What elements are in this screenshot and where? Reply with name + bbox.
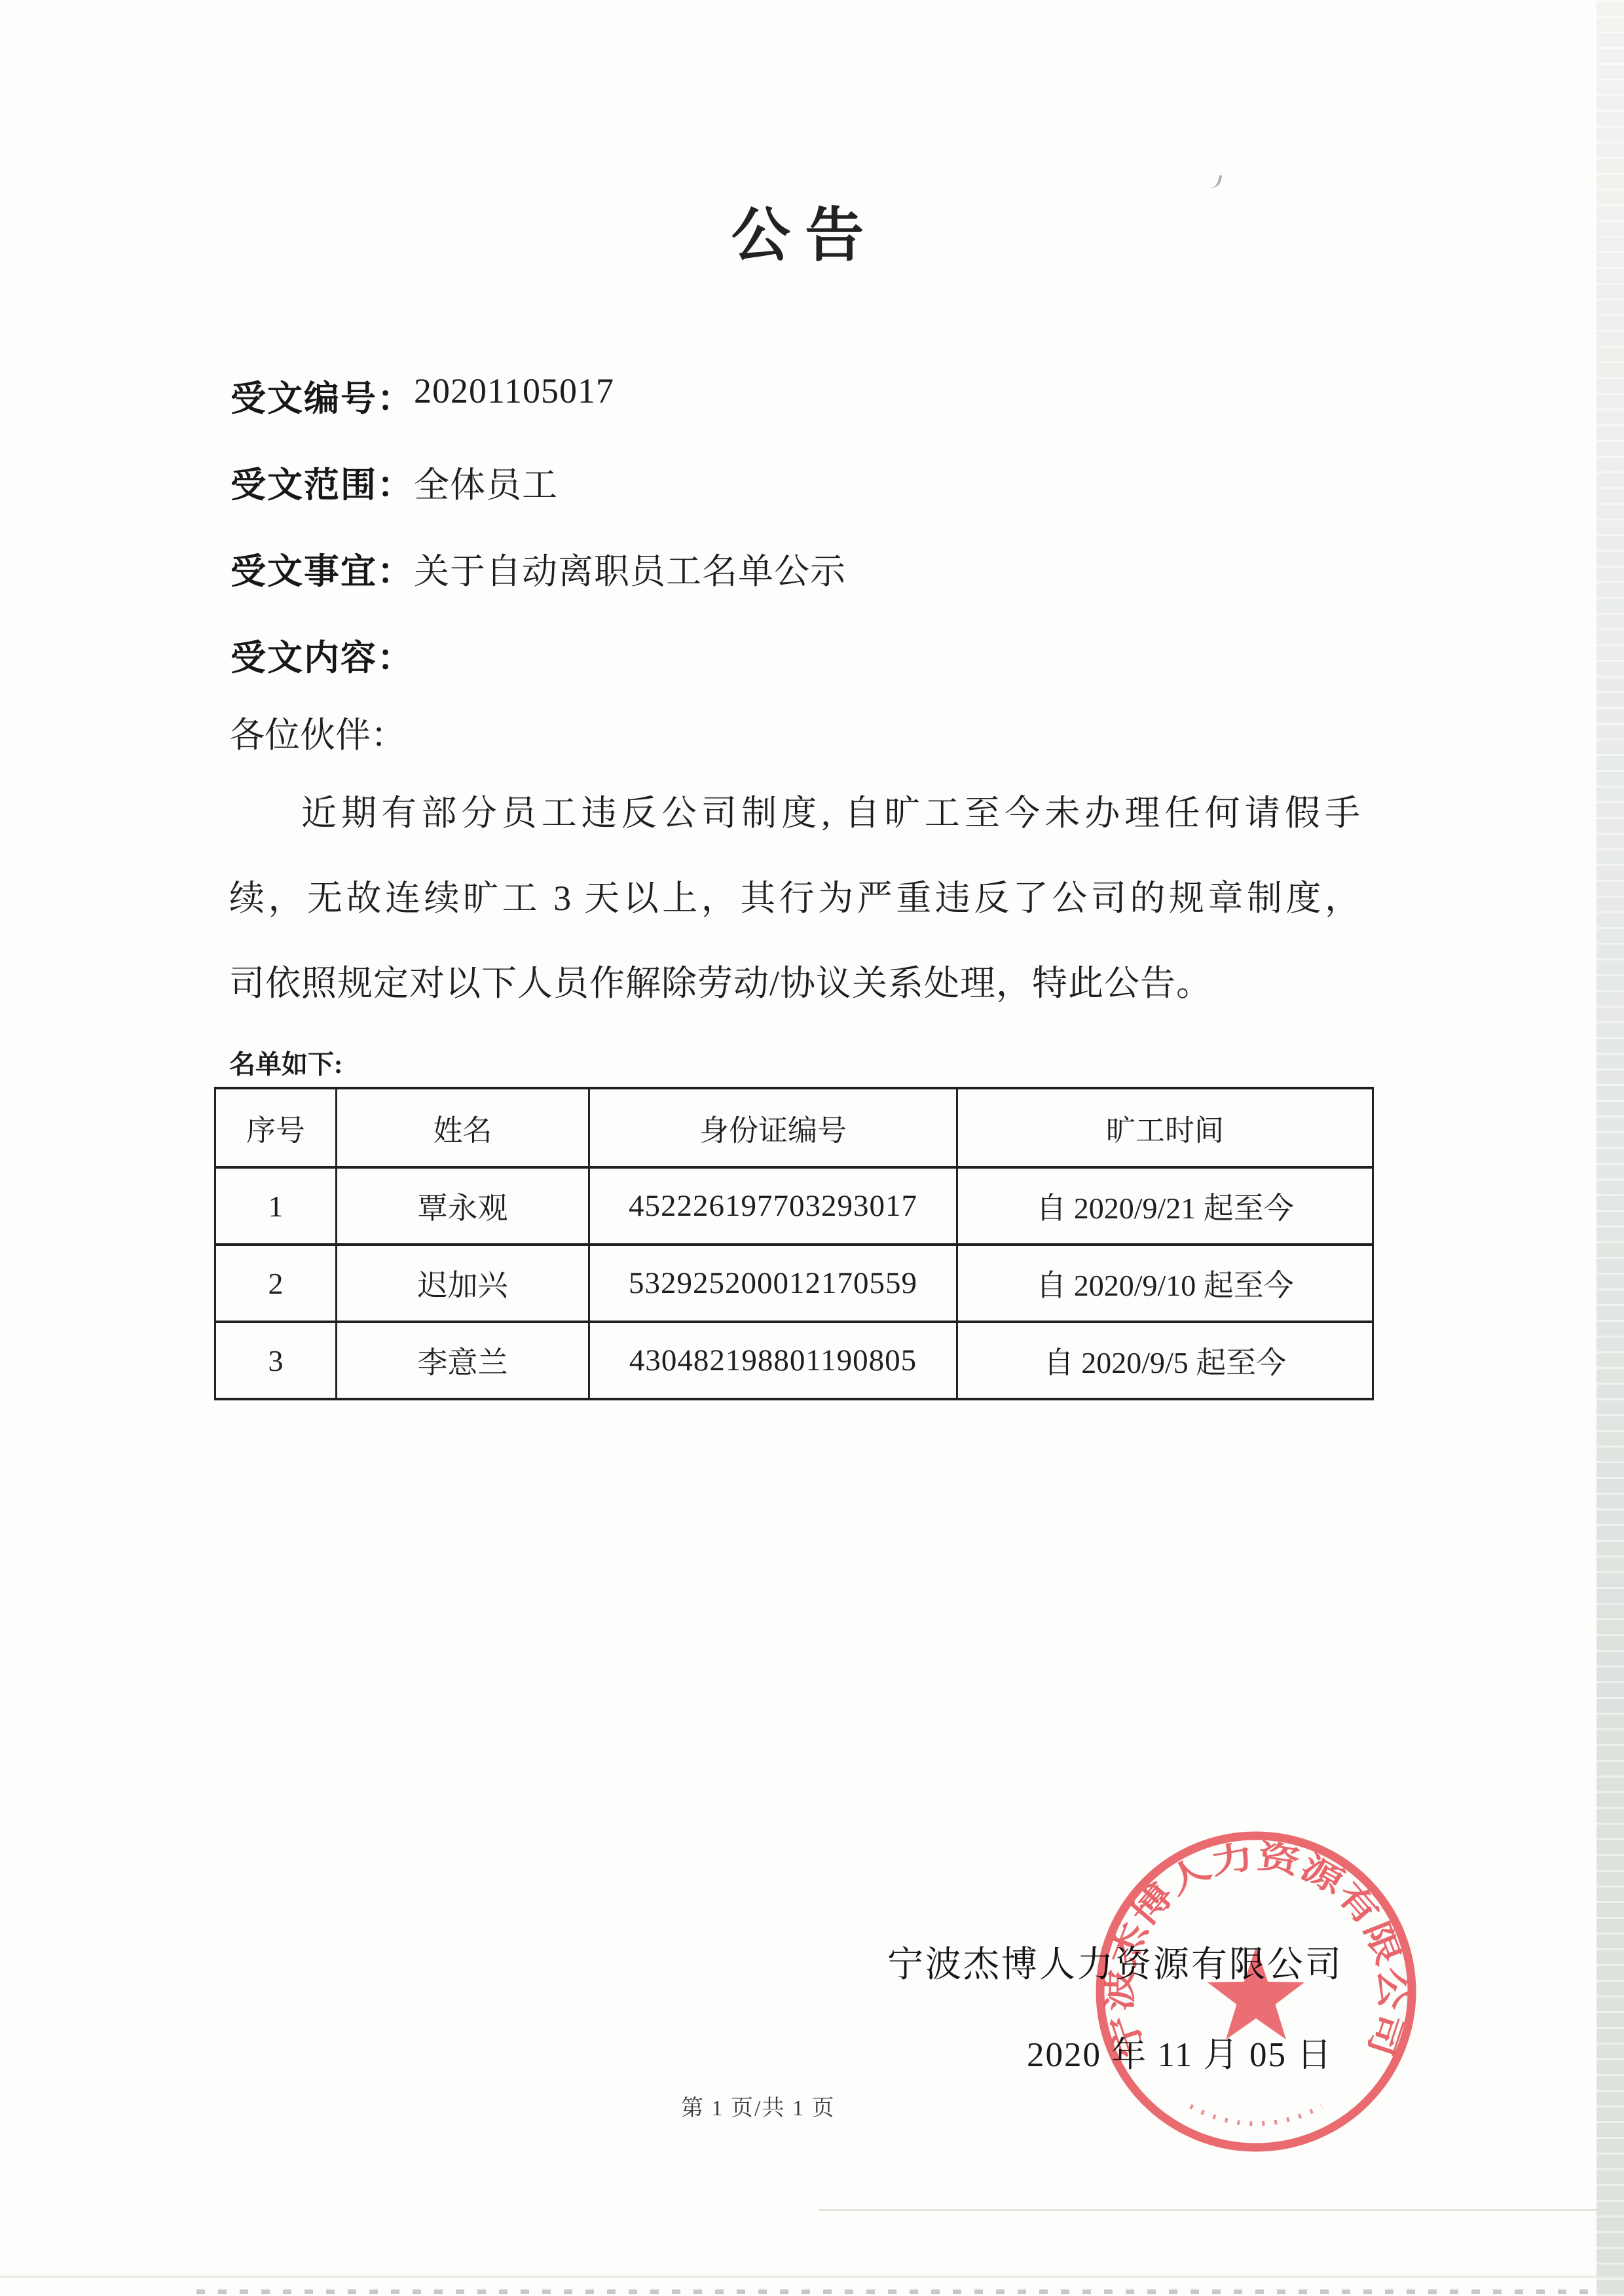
cell-index: 3	[215, 1322, 337, 1399]
field-label-scope: 受文范围：	[231, 457, 414, 507]
company-seal-stamp: 宁波杰博人力资源有限公司	[1091, 1827, 1424, 2159]
cell-absence: 自 2020/9/21 起至今	[957, 1167, 1373, 1245]
table-row: 1 覃永观 452226197703293017 自 2020/9/21 起至今	[215, 1167, 1373, 1245]
field-label-doc-number: 受文编号：	[231, 371, 414, 421]
field-row-scope: 受文范围： 全体员工	[0, 457, 1624, 503]
cell-index: 2	[215, 1245, 337, 1322]
page-indicator: 第 1 页/共 1 页	[681, 2090, 835, 2122]
dismissed-employees-table: 序号 姓名 身份证编号 旷工时间 1 覃永观 45222619770329301…	[214, 1087, 1374, 1400]
field-row-content: 受文内容：	[0, 630, 1624, 676]
cell-id: 452226197703293017	[589, 1167, 957, 1245]
field-label-content: 受文内容：	[231, 630, 414, 680]
cell-absence: 自 2020/9/5 起至今	[957, 1322, 1373, 1399]
seal-graphic: 宁波杰博人力资源有限公司	[1091, 1827, 1424, 2159]
cell-id: 430482198801190805	[589, 1322, 957, 1399]
salutation: 各位伙伴：	[229, 707, 406, 757]
field-row-doc-number: 受文编号： 20201105017	[0, 371, 1624, 416]
field-row-subject: 受文事宜： 关于自动离职员工名单公示	[0, 543, 1624, 589]
cell-id: 532925200012170559	[589, 1245, 957, 1322]
col-header-id: 身份证编号	[589, 1088, 957, 1167]
scan-bottom-speckle	[196, 2289, 1601, 2294]
scanned-announcement-page: 公 告 受文编号： 20201105017 受文范围： 全体员工 受文事宜： 关…	[0, 0, 1624, 2296]
field-value-scope: 全体员工	[414, 457, 558, 507]
body-line: 司依照规定对以下人员作解除劳动/协议关系处理，特此公告。	[229, 961, 1382, 1006]
field-value-subject: 关于自动离职员工名单公示	[414, 543, 846, 594]
field-label-subject: 受文事宜：	[231, 543, 414, 594]
table-row: 3 李意兰 430482198801190805 自 2020/9/5 起至今	[215, 1322, 1373, 1399]
list-intro: 名单如下:	[229, 1044, 342, 1081]
table-header-row: 序号 姓名 身份证编号 旷工时间	[215, 1088, 1373, 1167]
seal-star-icon	[1208, 1947, 1304, 2039]
col-header-absence: 旷工时间	[957, 1088, 1373, 1167]
col-header-index: 序号	[215, 1088, 337, 1167]
cell-name: 李意兰	[337, 1322, 589, 1399]
cell-absence: 自 2020/9/10 起至今	[957, 1245, 1373, 1322]
cell-name: 迟加兴	[337, 1245, 589, 1322]
seal-serial-marks	[1190, 2106, 1321, 2124]
table-row: 2 迟加兴 532925200012170559 自 2020/9/10 起至今	[215, 1245, 1373, 1322]
page-title: 公 告	[0, 187, 1595, 272]
scan-line-artifact	[819, 2209, 1624, 2211]
scan-edge-band	[1596, 0, 1624, 2296]
body-line: 续，无故连续旷工 3 天以上，其行为严重违反了公司的规章制度，	[229, 876, 1361, 920]
field-value-doc-number: 20201105017	[414, 371, 614, 411]
body-line: 近期有部分员工违反公司制度, 自旷工至今未办理任何请假手	[301, 791, 1361, 835]
col-header-name: 姓名	[337, 1088, 589, 1167]
cell-index: 1	[215, 1167, 337, 1245]
scan-line-artifact	[0, 2276, 1624, 2278]
cell-name: 覃永观	[337, 1167, 589, 1245]
